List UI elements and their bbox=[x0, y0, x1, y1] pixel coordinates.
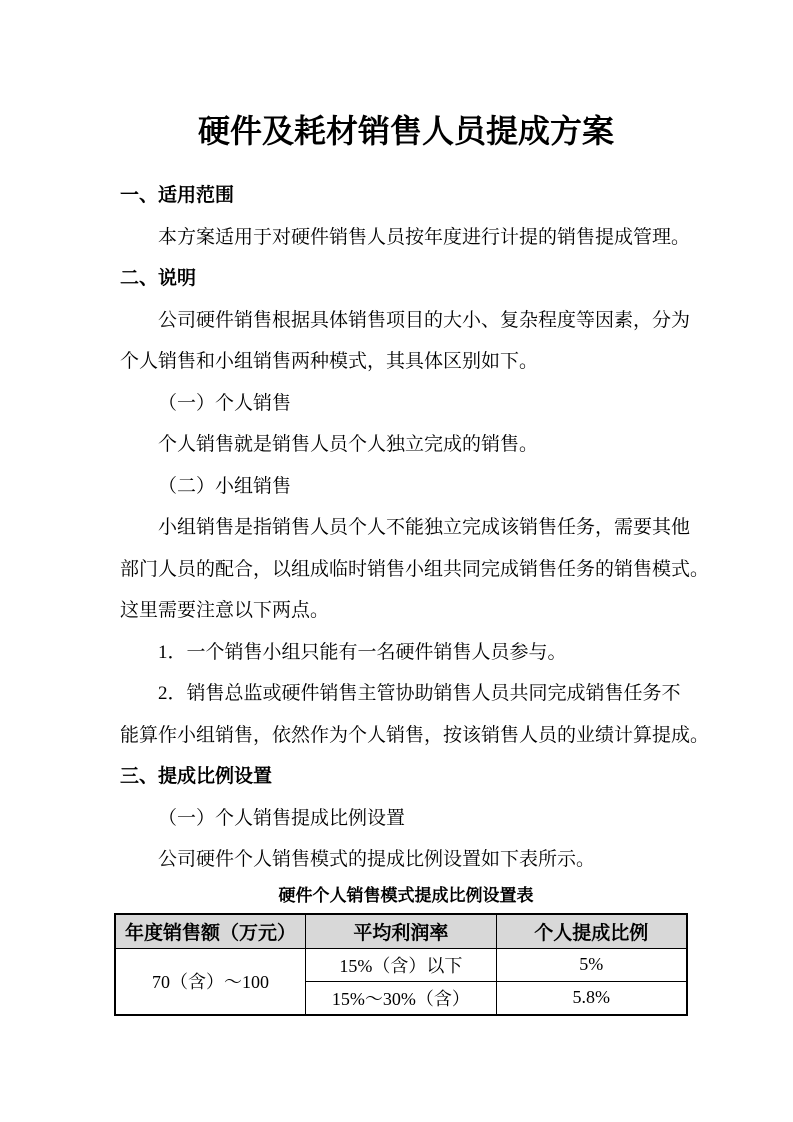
commission-rate-table: 年度销售额（万元） 平均利润率 个人提成比例 70（含）～100 15%（含）以… bbox=[114, 913, 688, 1016]
table-header-row: 年度销售额（万元） 平均利润率 个人提成比例 bbox=[115, 914, 687, 949]
table-row: 70（含）～100 15%（含）以下 5% bbox=[115, 948, 687, 981]
paragraph-line: 能算作小组销售，依然作为个人销售，按该销售人员的业绩计算提成。 bbox=[120, 715, 692, 757]
cell-commission: 5% bbox=[496, 948, 687, 981]
paragraph-line: 部门人员的配合，以组成临时销售小组共同完成销售任务的销售模式。 bbox=[120, 549, 692, 591]
numbered-item-1: 1．一个销售小组只能有一名硬件销售人员参与。 bbox=[120, 632, 692, 674]
table-caption: 硬件个人销售模式提成比例设置表 bbox=[120, 881, 692, 911]
cell-commission: 5.8% bbox=[496, 981, 687, 1015]
paragraph-line: 本方案适用于对硬件销售人员按年度进行计提的销售提成管理。 bbox=[120, 217, 692, 259]
paragraph-line: 小组销售是指销售人员个人不能独立完成该销售任务，需要其他 bbox=[120, 507, 692, 549]
section-heading-scope: 一、适用范围 bbox=[120, 175, 692, 217]
subheading-individual-sales: （一）个人销售 bbox=[120, 383, 692, 425]
numbered-item-2: 2．销售总监或硬件销售主管协助销售人员共同完成销售任务不 bbox=[120, 673, 692, 715]
table-header-personal-commission: 个人提成比例 bbox=[496, 914, 687, 949]
section-heading-description: 二、说明 bbox=[120, 258, 692, 300]
paragraph-line: 公司硬件销售根据具体销售项目的大小、复杂程度等因素，分为 bbox=[120, 300, 692, 342]
paragraph-line: 这里需要注意以下两点。 bbox=[120, 590, 692, 632]
document-page: 硬件及耗材销售人员提成方案 一、适用范围 本方案适用于对硬件销售人员按年度进行计… bbox=[0, 0, 793, 1122]
table-header-annual-sales: 年度销售额（万元） bbox=[115, 914, 306, 949]
subheading-group-sales: （二）小组销售 bbox=[120, 466, 692, 508]
paragraph-line: 个人销售就是销售人员个人独立完成的销售。 bbox=[120, 424, 692, 466]
paragraph-line: 个人销售和小组销售两种模式，其具体区别如下。 bbox=[120, 341, 692, 383]
table-header-avg-profit-rate: 平均利润率 bbox=[306, 914, 497, 949]
subheading-individual-commission: （一）个人销售提成比例设置 bbox=[120, 798, 692, 840]
section-heading-commission-setup: 三、提成比例设置 bbox=[120, 756, 692, 798]
cell-profit-rate: 15%（含）以下 bbox=[306, 948, 497, 981]
cell-sales-range: 70（含）～100 bbox=[115, 948, 306, 1015]
paragraph-line: 公司硬件个人销售模式的提成比例设置如下表所示。 bbox=[120, 839, 692, 881]
cell-profit-rate: 15%～30%（含） bbox=[306, 981, 497, 1015]
document-body: 硬件及耗材销售人员提成方案 一、适用范围 本方案适用于对硬件销售人员按年度进行计… bbox=[120, 108, 692, 1016]
document-title: 硬件及耗材销售人员提成方案 bbox=[120, 108, 692, 154]
